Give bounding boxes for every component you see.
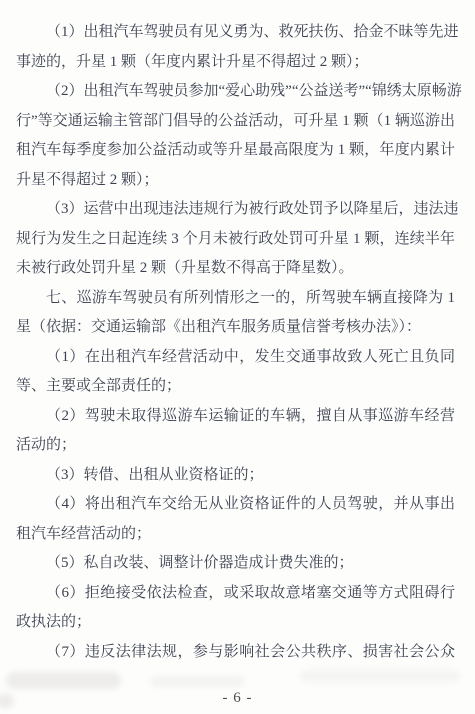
text-line: （1）出租汽车驾驶员有见义勇为、救死扶伤、拾金不昧等先进 (16, 18, 455, 48)
text-line: 未被行政处罚升星 2 颗（升星数不得高于降星数）。 (16, 254, 455, 284)
text-line: 事迹的，升星 1 颗（年度内累计升星不得超过 2 颗）； (16, 48, 455, 78)
page-number: - 6 - (0, 690, 475, 707)
document-body: （1）出租汽车驾驶员有见义勇为、救死扶伤、拾金不昧等先进 事迹的，升星 1 颗（… (16, 18, 455, 667)
text-line: （2）驾驶未取得巡游车运输证的车辆，擅自从事巡游车经营 (16, 402, 455, 432)
text-line: （7）违反法律法规，参与影响社会公共秩序、损害社会公众 (16, 638, 455, 668)
text-line: （3）运营中出现违法违规行为被行政处罚予以降星后，违法违 (16, 195, 455, 225)
scan-smudge (150, 676, 245, 687)
text-line: （5）私自改装、调整计价器造成计费失准的； (16, 549, 455, 579)
text-line: 租汽车每季度参加公益活动或等升星最高限度为 1 颗，年度内累计 (16, 136, 455, 166)
text-line: 七、巡游车驾驶员有所列情形之一的，所驾驶车辆直接降为 1 (16, 284, 455, 314)
text-line: 活动的； (16, 431, 455, 461)
text-line: （6）拒绝接受依法检查，或采取故意堵塞交通等方式阻碍行 (16, 579, 455, 609)
text-line: （3）转借、出租从业资格证的； (16, 461, 455, 491)
scan-smudge (6, 672, 121, 689)
text-line: 等、主要或全部责任的； (16, 372, 455, 402)
document-page: （1）出租汽车驾驶员有见义勇为、救死扶伤、拾金不昧等先进 事迹的，升星 1 颗（… (0, 0, 475, 714)
text-line: 升星不得超过 2 颗）； (16, 166, 455, 196)
text-line: 星（依据：交通运输部《出租汽车服务质量信誉考核办法》）： (16, 313, 455, 343)
text-line: 行”等交通运输主管部门倡导的公益活动，可升星 1 颗（1 辆巡游出 (16, 107, 455, 137)
text-line: （2）出租汽车驾驶员参加“爱心助残”“公益送考”“锦绣太原畅游 (16, 77, 455, 107)
text-line: 政执法的； (16, 608, 455, 638)
text-line: 租汽车经营活动的； (16, 520, 455, 550)
scan-smudge (300, 670, 460, 682)
text-line: （4）将出租汽车交给无从业资格证件的人员驾驶，并从事出 (16, 490, 455, 520)
text-line: （1）在出租汽车经营活动中，发生交通事故致人死亡且负同 (16, 343, 455, 373)
text-line: 规行为发生之日起连续 3 个月未被行政处罚可升星 1 颗，连续半年 (16, 225, 455, 255)
